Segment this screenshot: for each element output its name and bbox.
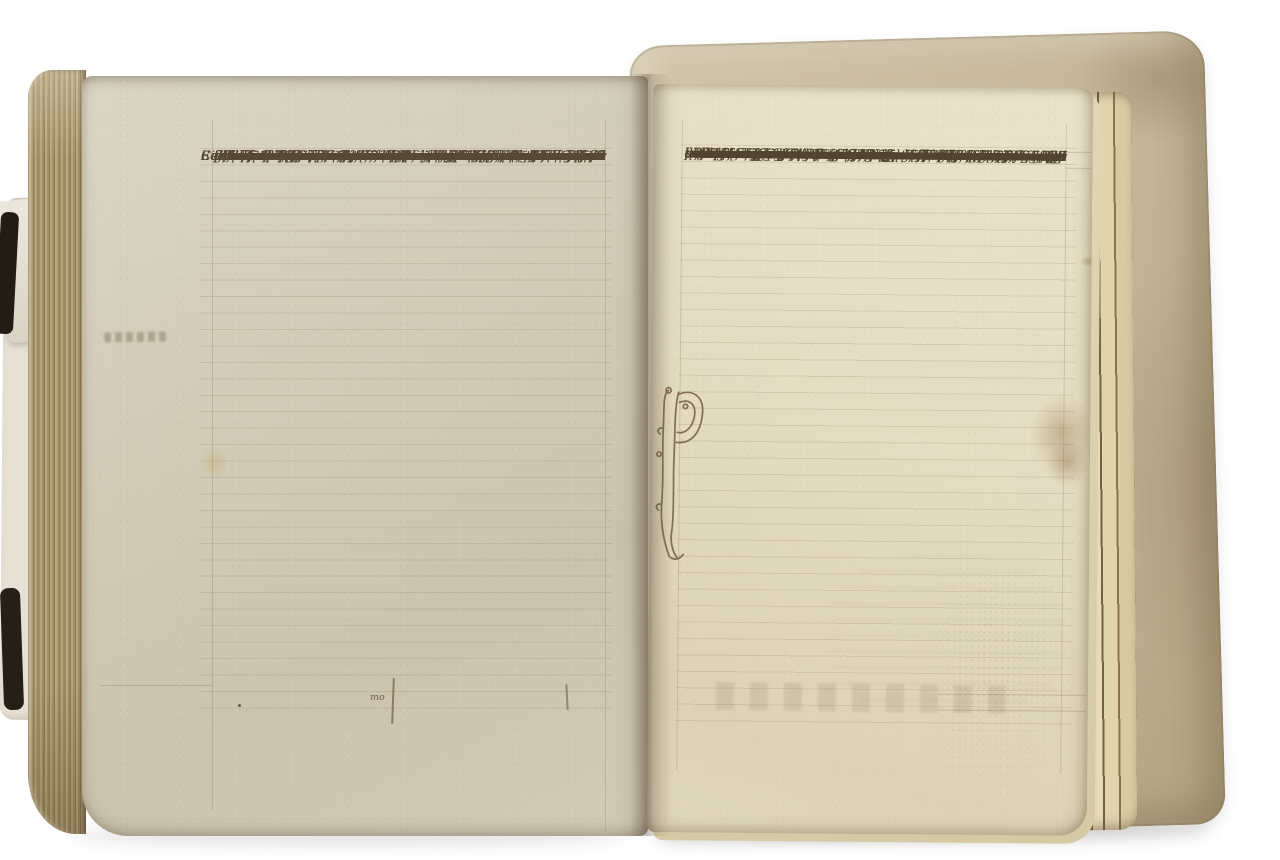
stain — [1080, 256, 1094, 267]
insertion-caret-stroke — [391, 678, 395, 724]
left-page: a profugiſ corrupta eſt. Hy poſtq murū a… — [82, 76, 648, 836]
decorated-initial-p — [651, 384, 705, 564]
ruling-margin-line — [938, 694, 1086, 696]
parchment-grain — [82, 76, 648, 836]
parchment-grain — [647, 84, 1094, 836]
fore-edge-page-stack — [28, 70, 86, 834]
pen-flourish — [565, 684, 568, 710]
manuscript-photo: a profugiſ corrupta eſt. Hy poſtq murū a… — [0, 0, 1280, 860]
manuscript-line: ſe eſſe aliqto poſteriores. & ob rēz cor… — [685, 146, 1067, 166]
interlinear-addition: mo — [370, 692, 385, 703]
dirt-speckle — [902, 516, 1080, 813]
dark-cover-edge — [0, 588, 24, 711]
right-page: 59 cōnubio numidarū. legū cultuſque & in… — [647, 84, 1094, 836]
ruling-margin-line — [1066, 168, 1092, 169]
ruling-lines — [676, 144, 1077, 727]
ruling-margin-line — [938, 710, 1086, 712]
ruling-margin-line — [1066, 152, 1092, 153]
ruling-margin-line — [100, 685, 213, 686]
right-text-column: cōnubio numidarū. legū cultuſque & inſti… — [685, 146, 1067, 149]
stain — [200, 446, 228, 480]
manuscript-line: Eius ciuitatis lingua pro ſalute eſt con… — [214, 149, 606, 165]
ink-spot — [238, 704, 241, 707]
initial-p-drawing — [651, 384, 705, 564]
show-through-smudge — [716, 682, 1016, 715]
ruling-vertical-line — [605, 120, 606, 832]
faded-marginal-note — [104, 331, 170, 342]
ruling-lines — [200, 148, 612, 718]
show-through-smudge — [826, 554, 1065, 716]
